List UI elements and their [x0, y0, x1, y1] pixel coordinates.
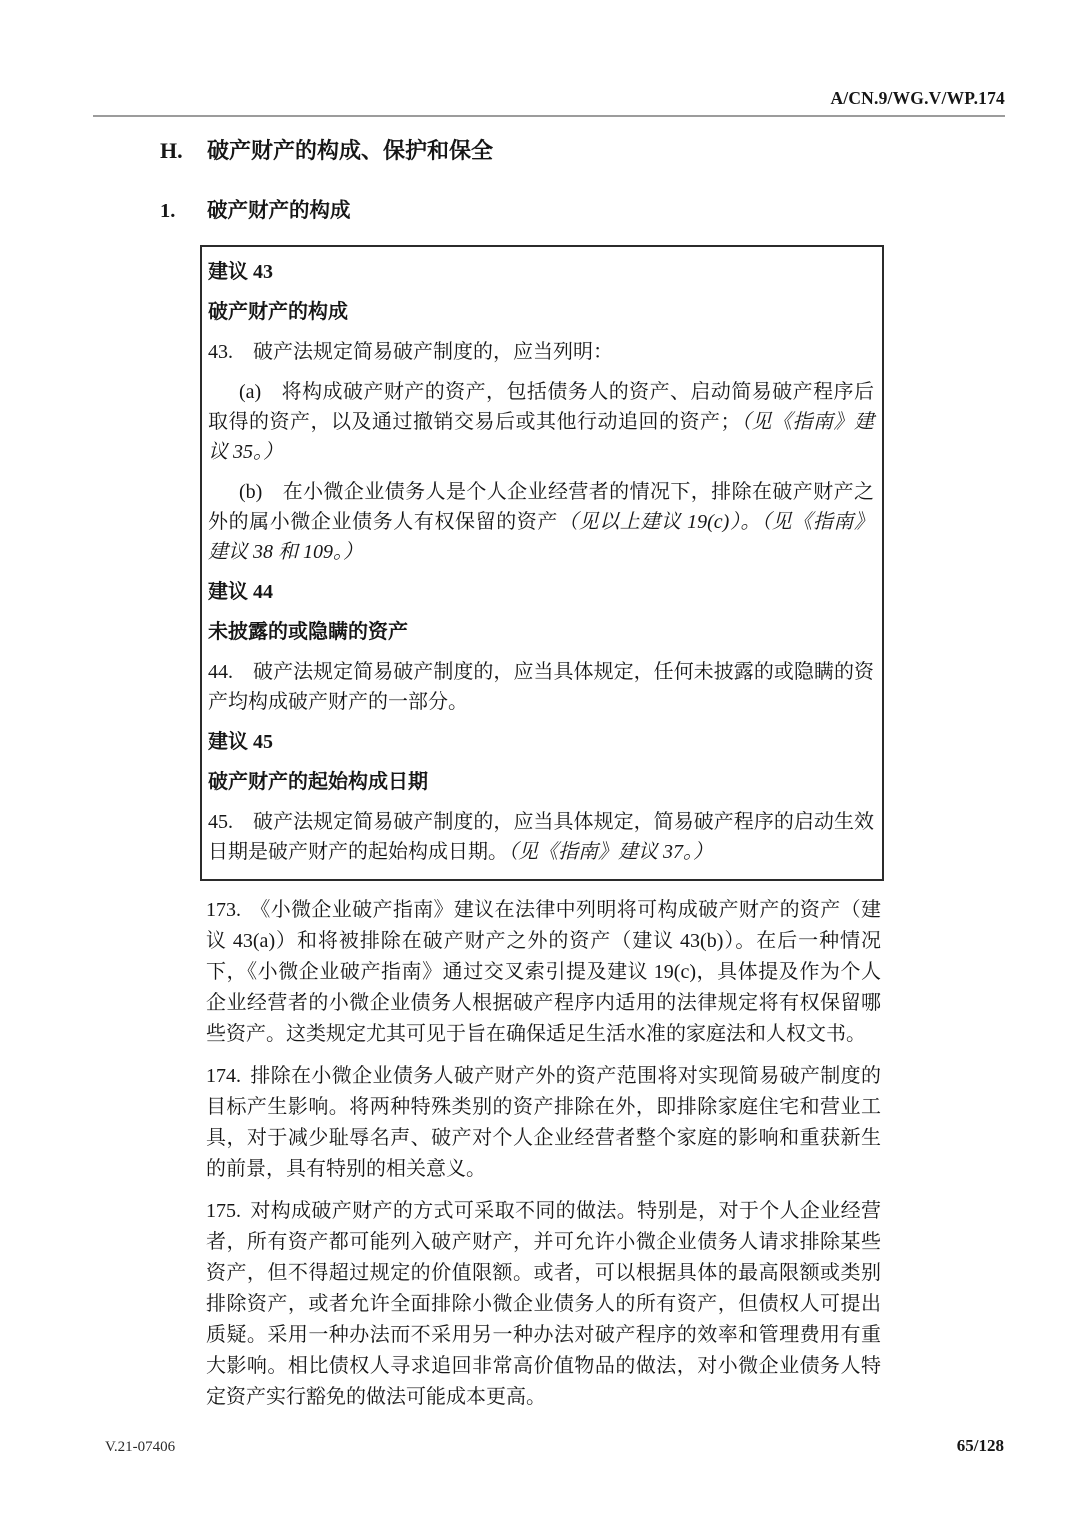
rec43-item-a: (a) 将构成破产财产的资产，包括债务人的资产、启动简易破产程序后取得的资产，以…	[208, 377, 874, 467]
subsection-number: 1.	[160, 197, 207, 225]
page-footer: V.21-07406 65/128	[105, 1436, 1004, 1456]
rec43-item-b: (b) 在小微企业债务人是个人企业经营者的情况下，排除在破产财产之外的属小微企业…	[208, 477, 874, 567]
subsection-title: 破产财产的构成	[207, 197, 351, 225]
rec44-subtitle: 未披露的或隐瞒的资产	[208, 617, 874, 647]
paragraph-174-text: 排除在小微企业债务人破产财产外的资产范围将对实现简易破产制度的目标产生影响。将两…	[206, 1065, 881, 1180]
rec43-chapeau: 43. 破产法规定简易破产制度的，应当列明：	[208, 337, 874, 367]
paragraph-173: 173.《小微企业破产指南》建议在法律中列明将可构成破产财产的资产（建议 43(…	[206, 895, 881, 1050]
rec43-label: 建议 43	[208, 257, 874, 287]
section-heading: H. 破产财产的构成、保护和保全	[160, 136, 1080, 166]
footer-document-number: V.21-07406	[105, 1439, 175, 1456]
paragraph-175-text: 对构成破产财产的方式可采取不同的做法。特别是，对于个人企业经营者，所有资产都可能…	[206, 1200, 881, 1408]
section-number: H.	[160, 136, 207, 166]
paragraph-174-number: 174.	[206, 1065, 241, 1087]
subsection-heading: 1. 破产财产的构成	[160, 197, 1080, 225]
section-title: 破产财产的构成、保护和保全	[207, 136, 493, 166]
rec45-label: 建议 45	[208, 727, 874, 757]
rec45-text: 45. 破产法规定简易破产制度的，应当具体规定，简易破产程序的启动生效日期是破产…	[208, 807, 874, 867]
paragraph-174: 174.排除在小微企业债务人破产财产外的资产范围将对实现简易破产制度的目标产生影…	[206, 1061, 881, 1185]
footer-page-number: 65/128	[957, 1436, 1004, 1456]
rec44-label: 建议 44	[208, 577, 874, 607]
rec45-subtitle: 破产财产的起始构成日期	[208, 767, 874, 797]
paragraph-173-text: 《小微企业破产指南》建议在法律中列明将可构成破产财产的资产（建议 43(a)）和…	[206, 899, 881, 1045]
rec43-subtitle: 破产财产的构成	[208, 297, 874, 327]
rec45-guide-ref: （见《指南》建议 37。）	[508, 841, 713, 863]
paragraph-175: 175.对构成破产财产的方式可采取不同的做法。特别是，对于个人企业经营者，所有资…	[206, 1196, 881, 1413]
header-rule	[93, 115, 1005, 117]
paragraph-173-number: 173.	[206, 899, 241, 921]
paragraph-175-number: 175.	[206, 1200, 241, 1222]
doc-symbol: A/CN.9/WG.V/WP.174	[830, 88, 1005, 109]
recommendation-box: 建议 43 破产财产的构成 43. 破产法规定简易破产制度的，应当列明： (a)…	[200, 245, 884, 881]
rec44-text: 44. 破产法规定简易破产制度的，应当具体规定，任何未披露的或隐瞒的资产均构成破…	[208, 657, 874, 717]
